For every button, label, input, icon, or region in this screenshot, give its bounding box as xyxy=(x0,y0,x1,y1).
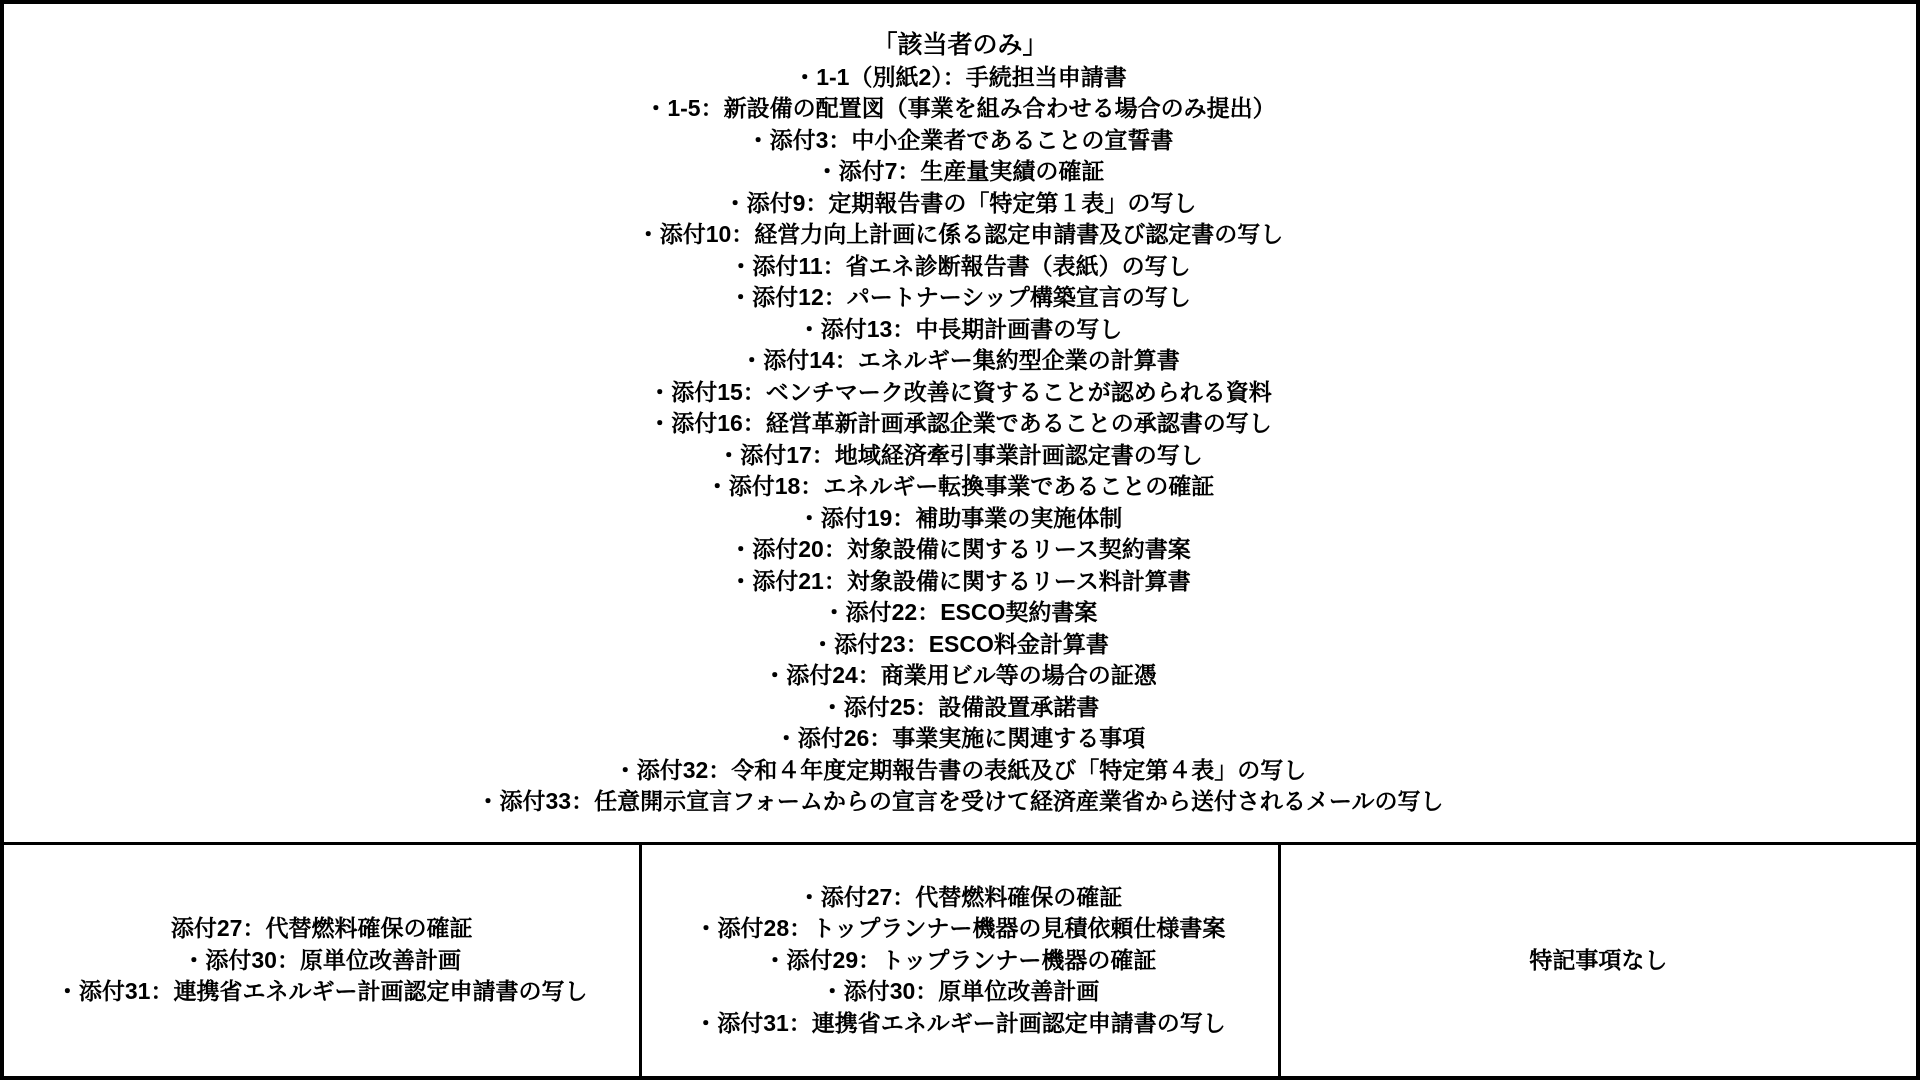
applicable-only-list: ・1-1（別紙2）：手続担当申請書・1-5：新設備の配置図（事業を組み合わせる場… xyxy=(477,62,1444,818)
bottom-right-cell: 特記事項なし xyxy=(1278,845,1916,1076)
list-item: ・添付9：定期報告書の「特定第１表」の写し xyxy=(724,188,1197,220)
list-item: ・添付28：トップランナー機器の見積依頼仕様書案 xyxy=(695,913,1226,945)
bottom-left-list: 添付27：代替燃料確保の確証・添付30：原単位改善計画・添付31：連携省エネルギ… xyxy=(56,913,588,1008)
bottom-right-list: 特記事項なし xyxy=(1529,945,1667,977)
list-item: ・添付30：原単位改善計画 xyxy=(182,945,461,977)
list-item: ・添付16：経営革新計画承認企業であることの承認書の写し xyxy=(648,408,1272,440)
list-item: ・添付17：地域経済牽引事業計画認定書の写し xyxy=(717,440,1203,472)
list-item: ・添付15：ベンチマーク改善に資することが認められる資料 xyxy=(648,377,1272,409)
list-item: 添付27：代替燃料確保の確証 xyxy=(171,913,473,945)
attachment-requirements-table: 「該当者のみ」 ・1-1（別紙2）：手続担当申請書・1-5：新設備の配置図（事業… xyxy=(0,0,1920,1080)
list-item: ・添付3：中小企業者であることの宣誓書 xyxy=(747,125,1174,157)
bottom-row: 添付27：代替燃料確保の確証・添付30：原単位改善計画・添付31：連携省エネルギ… xyxy=(4,845,1916,1076)
list-item: ・添付33：任意開示宣言フォームからの宣言を受けて経済産業省から送付されるメール… xyxy=(477,786,1444,818)
list-item: ・添付24：商業用ビル等の場合の証憑 xyxy=(763,660,1157,692)
list-item: ・添付19：補助事業の実施体制 xyxy=(798,503,1123,535)
list-item: ・添付32：令和４年度定期報告書の表紙及び「特定第４表」の写し xyxy=(614,755,1307,787)
list-item: ・添付20：対象設備に関するリース契約書案 xyxy=(729,534,1190,566)
list-item: ・添付27：代替燃料確保の確証 xyxy=(798,882,1123,914)
list-item: ・添付14：エネルギー集約型企業の計算書 xyxy=(740,345,1180,377)
list-item: ・添付7：生産量実績の確証 xyxy=(816,156,1105,188)
list-item: ・添付31：連携省エネルギー計画認定申請書の写し xyxy=(56,976,588,1008)
list-item: ・添付23：ESCO料金計算書 xyxy=(811,629,1109,661)
list-item: ・添付12：パートナーシップ構築宣言の写し xyxy=(729,282,1191,314)
list-item: ・添付31：連携省エネルギー計画認定申請書の写し xyxy=(694,1008,1226,1040)
document-page: 「該当者のみ」 ・1-1（別紙2）：手続担当申請書・1-5：新設備の配置図（事業… xyxy=(0,0,1920,1080)
list-item: 特記事項なし xyxy=(1529,945,1667,977)
list-item: ・添付21：対象設備に関するリース料計算書 xyxy=(729,566,1190,598)
list-item: ・添付18：エネルギー転換事業であることの確証 xyxy=(706,471,1215,503)
list-item: ・添付30：原単位改善計画 xyxy=(821,976,1100,1008)
list-item: ・添付26：事業実施に関連する事項 xyxy=(775,723,1146,755)
list-item: ・添付13：中長期計画書の写し xyxy=(798,314,1123,346)
bottom-left-cell: 添付27：代替燃料確保の確証・添付30：原単位改善計画・添付31：連携省エネルギ… xyxy=(4,845,639,1076)
bottom-middle-list: ・添付27：代替燃料確保の確証・添付28：トップランナー機器の見積依頼仕様書案・… xyxy=(694,882,1226,1040)
list-item: ・添付11：省エネ診断報告書（表紙）の写し xyxy=(729,251,1190,283)
list-item: ・添付29：トップランナー機器の確証 xyxy=(764,945,1157,977)
list-item: ・1-1（別紙2）：手続担当申請書 xyxy=(793,62,1127,94)
applicable-only-cell: 「該当者のみ」 ・1-1（別紙2）：手続担当申請書・1-5：新設備の配置図（事業… xyxy=(4,4,1916,845)
list-item: ・添付10：経営力向上計画に係る認定申請書及び認定書の写し xyxy=(637,219,1284,251)
list-item: ・添付22：ESCO契約書案 xyxy=(823,597,1098,629)
applicable-only-title: 「該当者のみ」 xyxy=(872,29,1047,62)
list-item: ・1-5：新設備の配置図（事業を組み合わせる場合のみ提出） xyxy=(644,93,1275,125)
list-item: ・添付25：設備設置承諾書 xyxy=(821,692,1100,724)
bottom-middle-cell: ・添付27：代替燃料確保の確証・添付28：トップランナー機器の見積依頼仕様書案・… xyxy=(639,845,1277,1076)
